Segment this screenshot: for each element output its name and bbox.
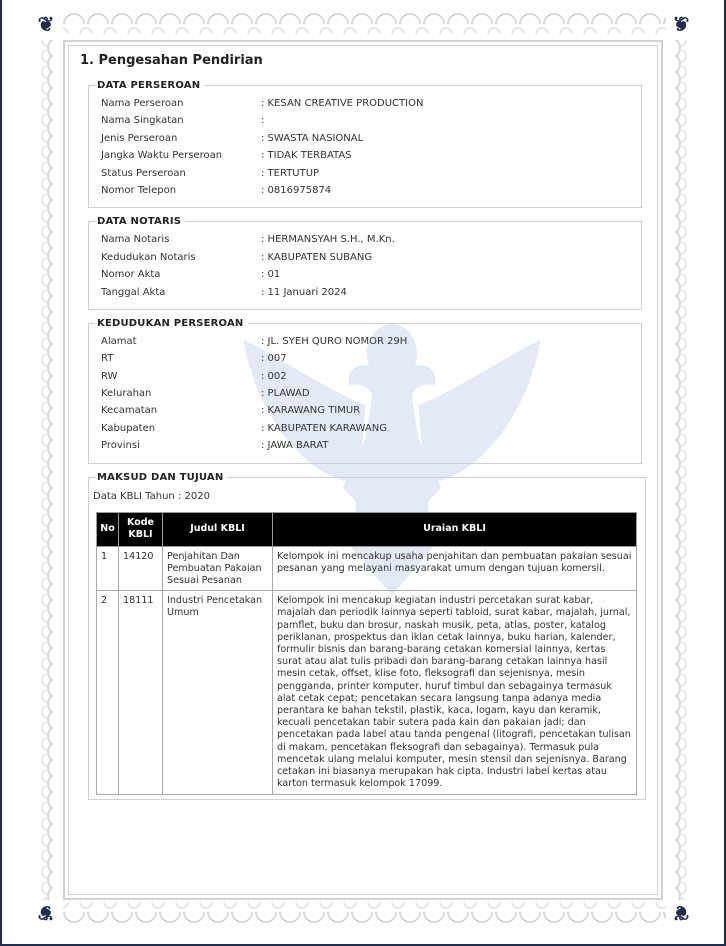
- field-value: : 11 Januari 2024: [261, 284, 633, 301]
- field-label: Kedudukan Notaris: [101, 249, 261, 266]
- field-label: Kecamatan: [101, 402, 261, 419]
- field-row: Alamat: JL. SYEH QURO NOMOR 29H: [101, 333, 633, 350]
- field-value: : TIDAK TERBATAS: [261, 147, 633, 164]
- field-label: Status Perseroan: [101, 165, 261, 182]
- section-legend: DATA PERSEROAN: [95, 80, 204, 91]
- section-heading: 1. Pengesahan Pendirian: [80, 50, 646, 72]
- field-value: : PLAWAD: [261, 385, 633, 402]
- decorative-border-top: [62, 12, 666, 34]
- document-page: ❦ ❦ ❦ ❦ 1. Pengesahan Pendirian DATA PER…: [2, 0, 724, 944]
- field-row: Nomor Akta: 01: [101, 266, 633, 283]
- field-label: Nomor Akta: [101, 266, 261, 283]
- column-header-kode: Kode KBLI: [119, 512, 163, 546]
- column-header-judul: Judul KBLI: [163, 512, 273, 546]
- field-label: Jangka Waktu Perseroan: [101, 147, 261, 164]
- column-header-uraian: Uraian KBLI: [273, 512, 637, 546]
- field-label: Nama Notaris: [101, 231, 261, 248]
- corner-ornament-icon: ❦: [34, 13, 58, 35]
- field-value: : TERTUTUP: [261, 165, 633, 182]
- kbli-table: No Kode KBLI Judul KBLI Uraian KBLI 1 14…: [96, 512, 637, 795]
- field-row: Nama Notaris: HERMANSYAH S.H., M.Kn.: [101, 231, 633, 248]
- data-perseroan-section: DATA PERSEROAN Nama Perseroan: KESAN CRE…: [88, 80, 642, 208]
- field-value: : KESAN CREATIVE PRODUCTION: [261, 95, 633, 112]
- field-row: Jenis Perseroan: SWASTA NASIONAL: [101, 130, 633, 147]
- section-legend: KEDUDUKAN PERSEROAN: [95, 318, 248, 329]
- maksud-tujuan-section: MAKSUD DAN TUJUAN Data KBLI Tahun : 2020…: [88, 472, 646, 800]
- field-value: : 01: [261, 266, 633, 283]
- field-label: Provinsi: [101, 437, 261, 454]
- field-row: Provinsi: JAWA BARAT: [101, 437, 633, 454]
- field-value: : KARAWANG TIMUR: [261, 402, 633, 419]
- field-value: : KABUPATEN KARAWANG: [261, 420, 633, 437]
- field-row: Jangka Waktu Perseroan: TIDAK TERBATAS: [101, 147, 633, 164]
- field-label: RT: [101, 350, 261, 367]
- table-row: 2 18111 Industri Pencetakan Umum Kelompo…: [97, 591, 637, 794]
- field-label: RW: [101, 368, 261, 385]
- field-value: : KABUPATEN SUBANG: [261, 249, 633, 266]
- field-label: Tanggal Akta: [101, 284, 261, 301]
- cell-uraian: Kelompok ini mencakup usaha penjahitan d…: [273, 546, 637, 591]
- field-row: Kedudukan Notaris: KABUPATEN SUBANG: [101, 249, 633, 266]
- section-legend: MAKSUD DAN TUJUAN: [95, 472, 227, 483]
- field-value: : 0816975874: [261, 182, 633, 199]
- field-value: : HERMANSYAH S.H., M.Kn.: [261, 231, 633, 248]
- cell-kode: 18111: [119, 591, 163, 794]
- field-row: Nama Perseroan: KESAN CREATIVE PRODUCTIO…: [101, 95, 633, 112]
- field-label: Kabupaten: [101, 420, 261, 437]
- field-row: Nama Singkatan:: [101, 112, 633, 129]
- field-row: RW: 002: [101, 368, 633, 385]
- field-label: Nama Perseroan: [101, 95, 261, 112]
- table-header-row: No Kode KBLI Judul KBLI Uraian KBLI: [97, 512, 637, 546]
- cell-no: 2: [97, 591, 119, 794]
- cell-uraian: Kelompok ini mencakup kegiatan industri …: [273, 591, 637, 794]
- decorative-border-left: [36, 40, 58, 900]
- field-value: : 007: [261, 350, 633, 367]
- corner-ornament-icon: ❦: [34, 902, 58, 924]
- table-row: 1 14120 Penjahitan Dan Pembuatan Pakaian…: [97, 546, 637, 591]
- field-row: Tanggal Akta: 11 Januari 2024: [101, 284, 633, 301]
- cell-judul: Penjahitan Dan Pembuatan Pakaian Sesuai …: [163, 546, 273, 591]
- field-value: :: [261, 112, 633, 129]
- kbli-year-label: Data KBLI Tahun : 2020: [93, 491, 637, 502]
- field-row: Kabupaten: KABUPATEN KARAWANG: [101, 420, 633, 437]
- decorative-border-right: [670, 40, 692, 900]
- cell-judul: Industri Pencetakan Umum: [163, 591, 273, 794]
- field-label: Alamat: [101, 333, 261, 350]
- field-row: Kecamatan: KARAWANG TIMUR: [101, 402, 633, 419]
- field-value: : JAWA BARAT: [261, 437, 633, 454]
- field-row: Nomor Telepon: 0816975874: [101, 182, 633, 199]
- field-row: Status Perseroan: TERTUTUP: [101, 165, 633, 182]
- section-legend: DATA NOTARIS: [95, 216, 185, 227]
- field-value: : JL. SYEH QURO NOMOR 29H: [261, 333, 633, 350]
- corner-ornament-icon: ❦: [669, 13, 693, 35]
- field-label: Jenis Perseroan: [101, 130, 261, 147]
- field-label: Kelurahan: [101, 385, 261, 402]
- cell-no: 1: [97, 546, 119, 591]
- data-notaris-section: DATA NOTARIS Nama Notaris: HERMANSYAH S.…: [88, 216, 642, 310]
- field-value: : SWASTA NASIONAL: [261, 130, 633, 147]
- decorative-border-bottom: [62, 902, 666, 924]
- document-content: 1. Pengesahan Pendirian DATA PERSEROAN N…: [80, 50, 646, 808]
- field-label: Nomor Telepon: [101, 182, 261, 199]
- column-header-no: No: [97, 512, 119, 546]
- field-row: RT: 007: [101, 350, 633, 367]
- corner-ornament-icon: ❦: [669, 902, 693, 924]
- field-label: Nama Singkatan: [101, 112, 261, 129]
- field-row: Kelurahan: PLAWAD: [101, 385, 633, 402]
- kedudukan-perseroan-section: KEDUDUKAN PERSEROAN Alamat: JL. SYEH QUR…: [88, 318, 642, 464]
- field-value: : 002: [261, 368, 633, 385]
- cell-kode: 14120: [119, 546, 163, 591]
